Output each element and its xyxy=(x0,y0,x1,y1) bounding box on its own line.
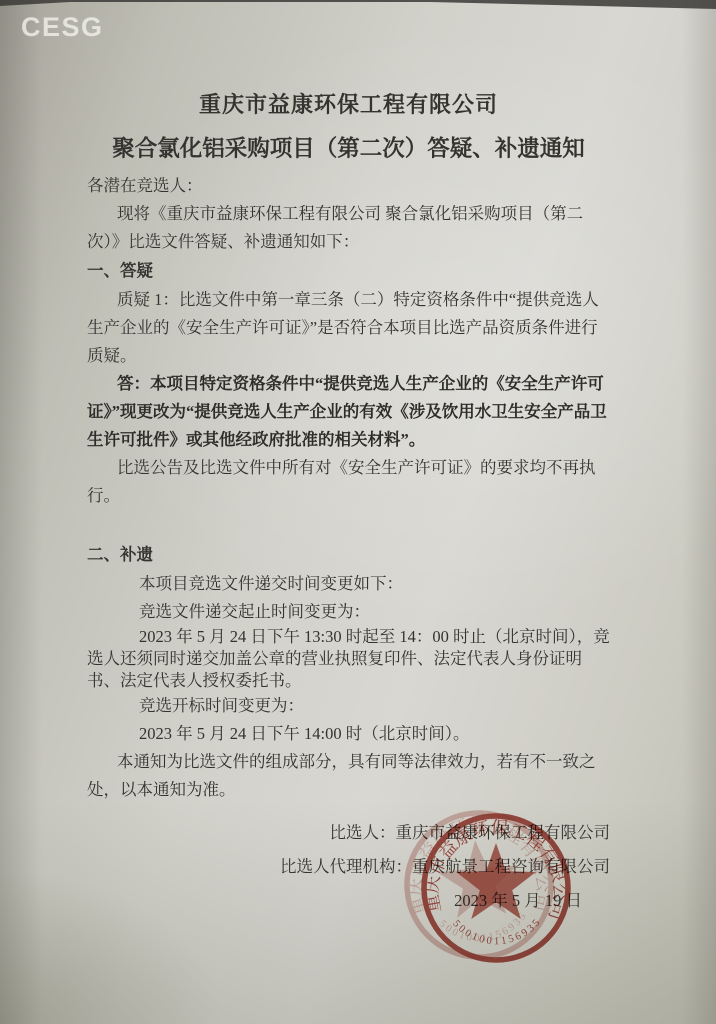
section2-line-deadline-detail: 2023 年 5 月 24 日下午 13:30 时起至 14：00 时止（北京时… xyxy=(87,626,610,692)
section1-answer: 答：本项目特定资格条件中“提供竞选人生产企业的《安全生产许可证》”现更改为“提供… xyxy=(87,370,610,454)
seal-number: 5001001156935 xyxy=(450,918,542,947)
section2-line-delivery-change: 本项目竞选文件递交时间变更如下： xyxy=(87,570,610,598)
section1-question: 质疑 1：比选文件中第一章三条（二）特定资格条件中“提供竞选人生产企业的《安全生… xyxy=(87,286,610,370)
doc-title-company: 重庆市益康环保工程有限公司 xyxy=(87,84,610,126)
doc-title-notice: 聚合氯化铝采购项目（第二次）答疑、补遗通知 xyxy=(87,126,610,172)
section1-note: 比选公告及比选文件中所有对《安全生产许可证》的要求均不再执行。 xyxy=(87,454,610,510)
section2-heading: 二、补遗 xyxy=(87,540,610,570)
signature-date: 2023 年 5 月 19 日 xyxy=(87,884,610,918)
section2-line-opening-label: 竞选开标时间变更为： xyxy=(87,692,610,720)
document-photo: CESG 重庆市益康环保工程有限公司 聚合氯化铝采购项目（第二次）答疑、补遗通知… xyxy=(0,0,716,1024)
document-body: 重庆市益康环保工程有限公司 聚合氯化铝采购项目（第二次）答疑、补遗通知 各潜在竞… xyxy=(87,0,610,918)
intro-paragraph: 现将《重庆市益康环保工程有限公司 聚合氯化铝采购项目（第二次）》比选文件答疑、补… xyxy=(87,200,610,256)
signature-bidder: 比选人：重庆市益康环保工程有限公司 xyxy=(87,816,610,850)
salutation: 各潜在竞选人： xyxy=(87,172,610,200)
section2-line-deadline-label: 竞选文件递交起止时间变更为： xyxy=(87,598,610,626)
section2-line-opening-time: 2023 年 5 月 24 日下午 14:00 时（北京时间）。 xyxy=(87,720,610,748)
signature-block: 比选人：重庆市益康环保工程有限公司 比选人代理机构：重庆航景工程咨询有限公司 2… xyxy=(87,816,610,918)
section1-heading: 一、答疑 xyxy=(87,256,610,286)
signature-agency: 比选人代理机构：重庆航景工程咨询有限公司 xyxy=(87,850,610,884)
closing-paragraph: 本通知为比选文件的组成部分，具有同等法律效力，若有不一致之处，以本通知为准。 xyxy=(87,748,610,804)
